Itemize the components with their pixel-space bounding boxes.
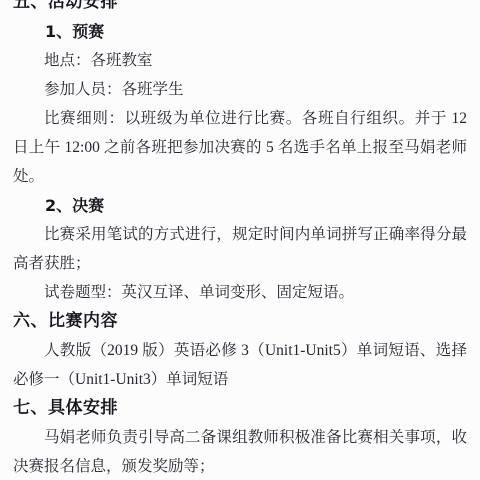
section-heading-specific-arrangement: 七、具体安排	[13, 394, 467, 423]
line-arrangement-detail-1: 马娟老师负责引导高二备课组教师积极准备比赛相关事项，收集	[13, 423, 467, 452]
line-location: 地点：各班教室	[13, 46, 467, 75]
line-content-scope-1: 人教版（2019 版）英语必修 3（Unit1-Unit5）单词短语、选择性	[13, 336, 467, 365]
line-rules-1: 比赛细则：以班级为单位进行比赛。各班自行组织。并于 12 月 5	[13, 104, 467, 133]
section-heading-activity-arrangement: 五、活动安排	[13, 0, 467, 17]
subheading-preliminary-round: 1、预赛	[13, 17, 467, 46]
line-participants: 参加人员：各班学生	[13, 75, 467, 104]
line-rules-3: 处。	[13, 162, 467, 191]
line-arrangement-detail-2: 决赛报名信息，颁发奖励等；	[13, 452, 467, 480]
line-content-scope-2: 必修一（Unit1-Unit3）单词短语	[13, 365, 467, 394]
section-heading-competition-content: 六、比赛内容	[13, 307, 467, 336]
line-final-format-1: 比赛采用笔试的方式进行，规定时间内单词拼写正确率得分最	[13, 220, 467, 249]
document-body: 五、活动安排1、预赛地点：各班教室参加人员：各班学生比赛细则：以班级为单位进行比…	[0, 0, 480, 480]
line-rules-2: 日上午 12:00 之前各班把参加决赛的 5 名选手名单上报至马娟老师	[13, 133, 467, 162]
line-final-format-2: 高者获胜；	[13, 249, 467, 278]
subheading-final-round: 2、决赛	[13, 191, 467, 220]
line-exam-question-types: 试卷题型：英汉互译、单词变形、固定短语。	[13, 278, 467, 307]
document-page: 五、活动安排1、预赛地点：各班教室参加人员：各班学生比赛细则：以班级为单位进行比…	[0, 0, 480, 480]
